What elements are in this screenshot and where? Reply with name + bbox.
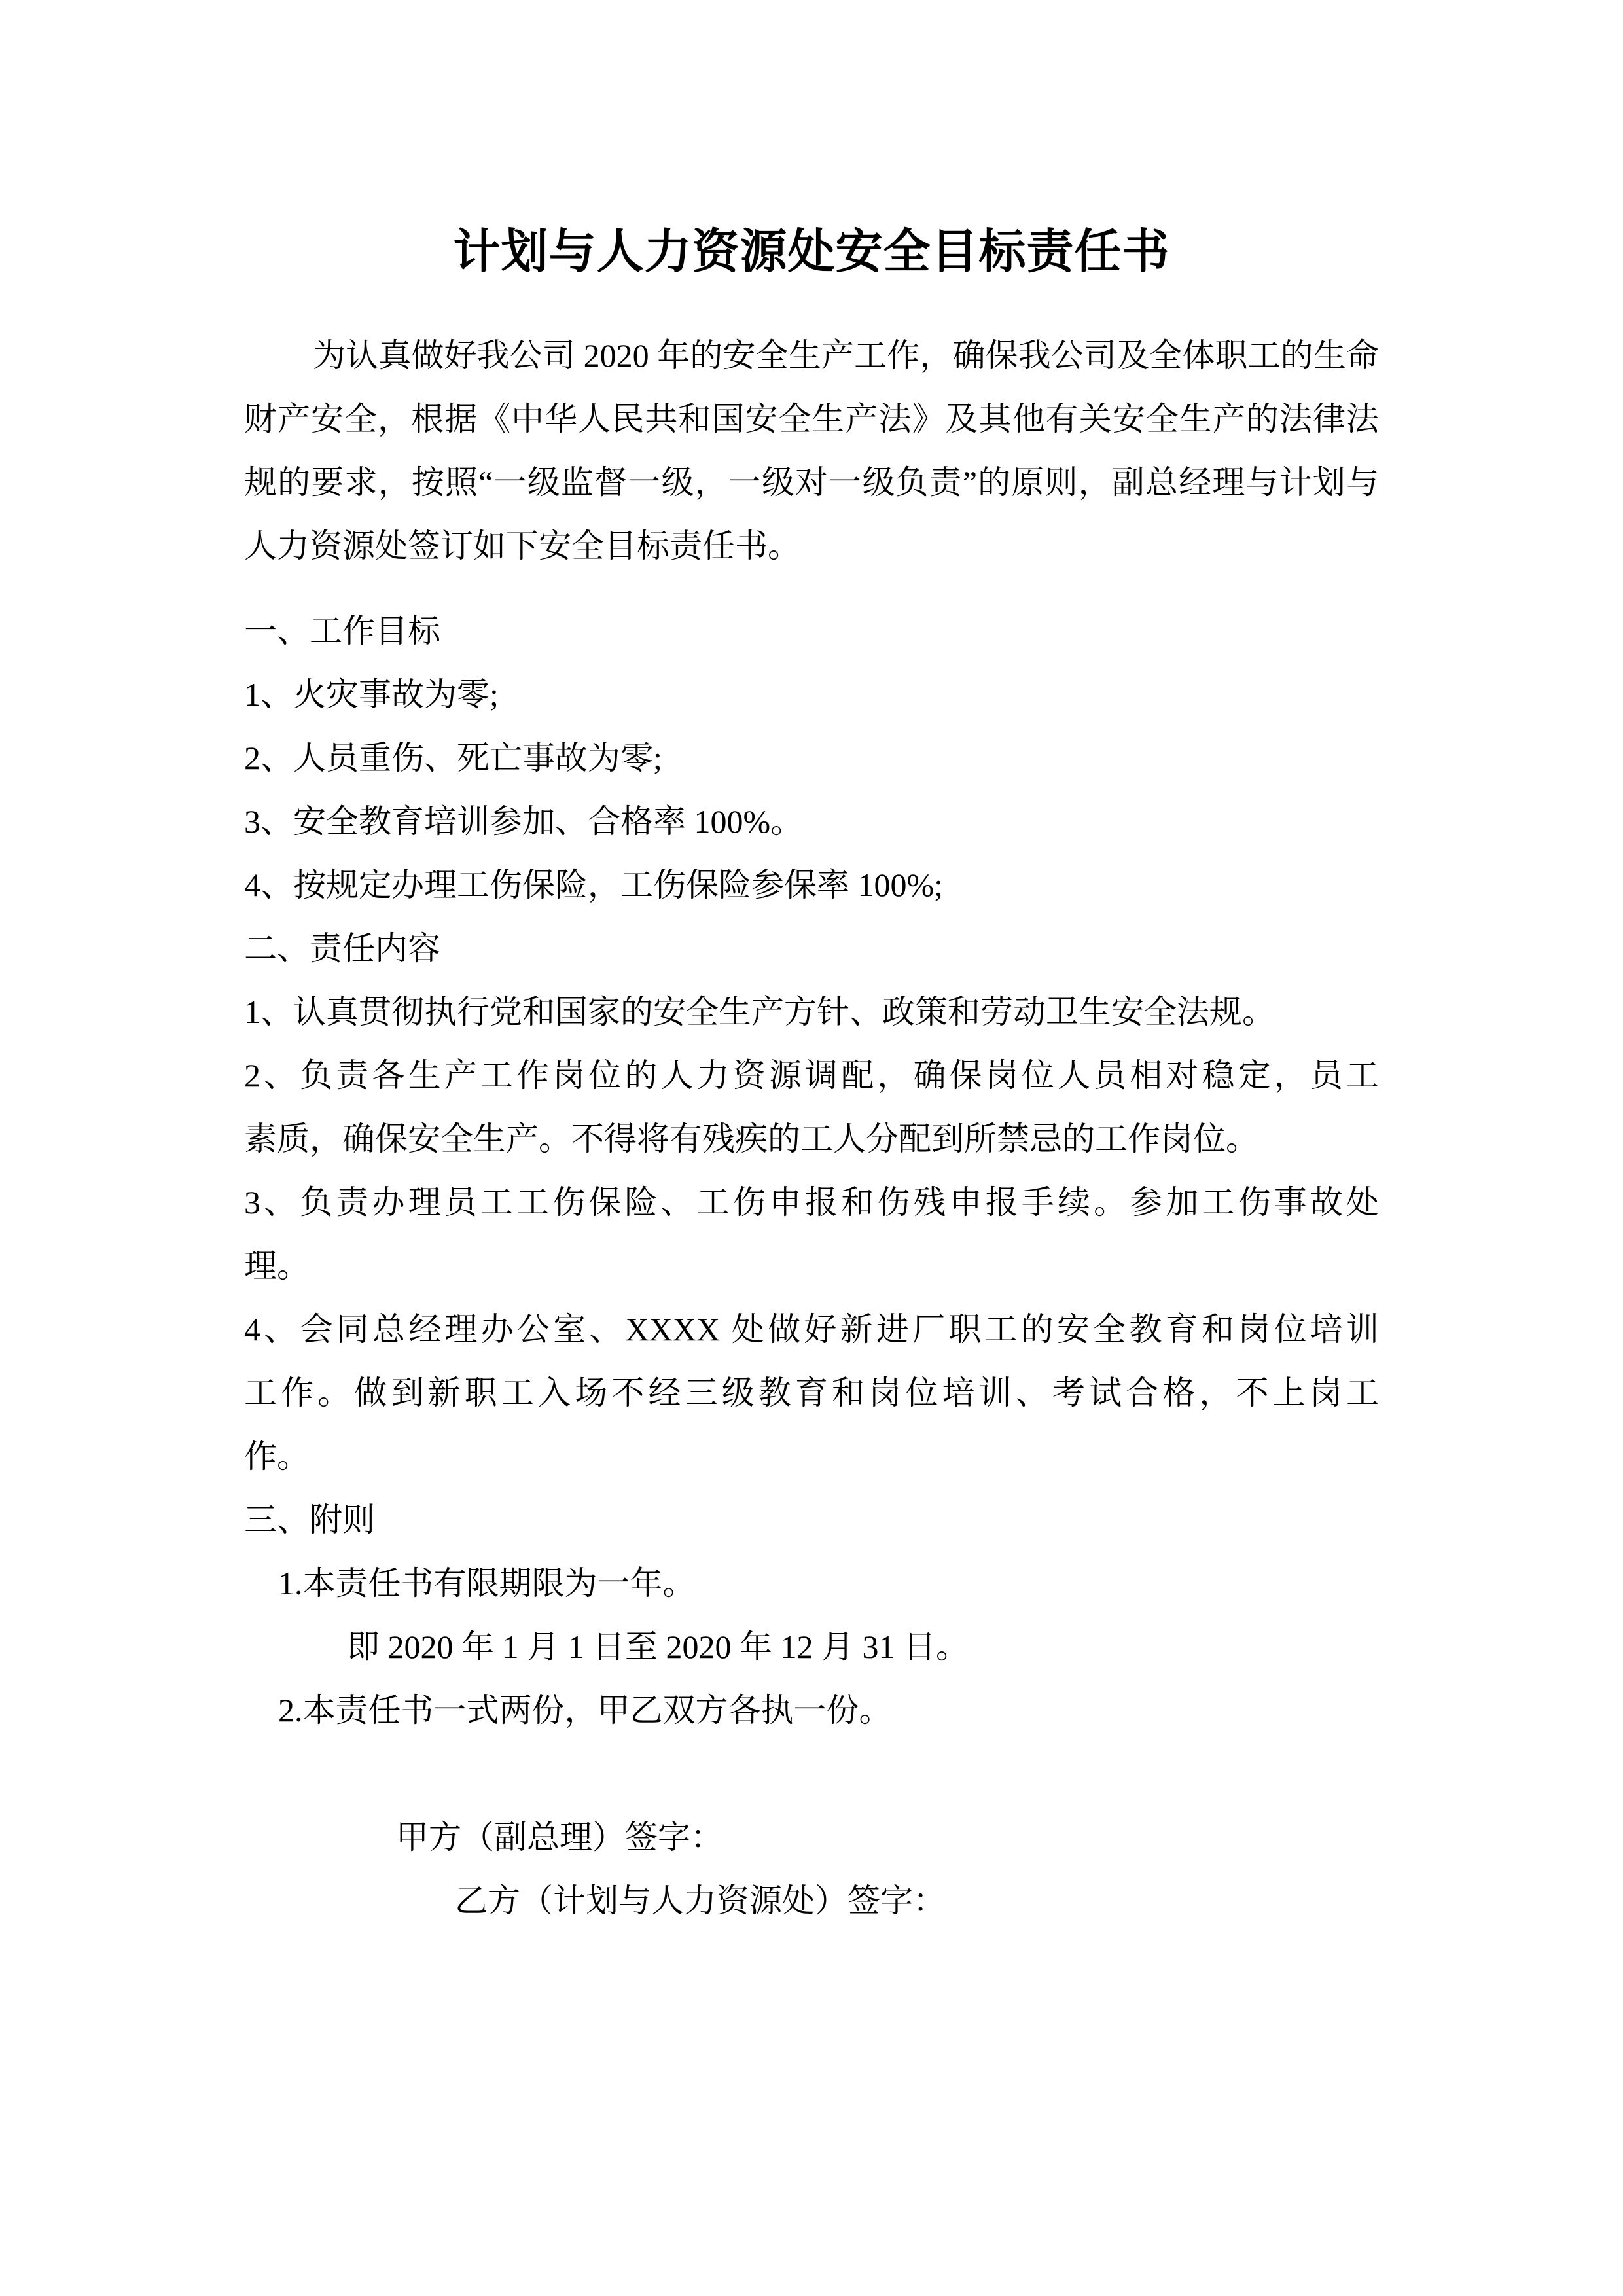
signature-line: 甲方（副总理）签字： 乙方（计划与人力资源处）签字： (244, 1742, 1379, 1996)
document-content: 计划与人力资源处安全目标责任书 为认真做好我公司 2020 年的安全生产工作，确… (0, 0, 1623, 1996)
list-item-new-staff-training-continuation: 作。 (244, 1425, 1379, 1488)
list-item-injury-accidents: 2、人员重伤、死亡事故为零; (244, 726, 1379, 790)
list-item-insurance-rate: 4、按规定办理工伤保险，工伤保险参保率 100%; (244, 853, 1379, 917)
section-heading-responsibilities: 二、责任内容 (244, 917, 1379, 980)
section-heading-supplementary: 三、附则 (244, 1488, 1379, 1552)
list-item-training-rate: 3、安全教育培训参加、合格率 100%。 (244, 790, 1379, 853)
list-item-fire-accidents: 1、火灾事故为零; (244, 663, 1379, 726)
list-item-hr-allocation-continuation: 素质，确保安全生产。不得将有残疾的工人分配到所禁忌的工作岗位。 (244, 1107, 1379, 1171)
list-item-new-staff-training: 4、会同总经理办公室、XXXX 处做好新进厂职工的安全教育和岗位培训 (244, 1298, 1379, 1361)
list-item-new-staff-training-continuation: 工作。做到新职工入场不经三级教育和岗位培训、考试合格，不上岗工 (244, 1361, 1379, 1425)
clause-validity-period: 1.本责任书有限期限为一年。 (244, 1552, 1379, 1615)
party-a-signature-label: 甲方（副总理）签字： (396, 1819, 723, 1856)
intro-paragraph-line: 为认真做好我公司 2020 年的安全生产工作，确保我公司及全体职工的生命 (244, 324, 1379, 387)
section-heading-work-goals: 一、工作目标 (244, 600, 1379, 663)
list-item-hr-allocation: 2、负责各生产工作岗位的人力资源调配，确保岗位人员相对稳定，员工 (244, 1044, 1379, 1107)
intro-paragraph-line: 人力资源处签订如下安全目标责任书。 (244, 514, 1379, 578)
intro-paragraph-line: 财产安全，根据《中华人民共和国安全生产法》及其他有关安全生产的法律法 (244, 387, 1379, 451)
list-item-policy-compliance: 1、认真贯彻执行党和国家的安全生产方针、政策和劳动卫生安全法规。 (244, 980, 1379, 1044)
clause-date-range: 即 2020 年 1 月 1 日至 2020 年 12 月 31 日。 (244, 1615, 1379, 1679)
document-page: 计划与人力资源处安全目标责任书 为认真做好我公司 2020 年的安全生产工作，确… (0, 0, 1623, 2296)
party-b-signature-label: 乙方（计划与人力资源处）签字： (455, 1882, 946, 1919)
list-item-injury-insurance: 3、负责办理员工工伤保险、工伤申报和伤残申报手续。参加工伤事故处 (244, 1171, 1379, 1234)
document-title: 计划与人力资源处安全目标责任书 (244, 216, 1379, 288)
list-item-injury-insurance-continuation: 理。 (244, 1234, 1379, 1298)
clause-copies: 2.本责任书一式两份，甲乙双方各执一份。 (244, 1679, 1379, 1742)
intro-paragraph-line: 规的要求，按照“一级监督一级，一级对一级负责”的原则，副总经理与计划与 (244, 451, 1379, 514)
